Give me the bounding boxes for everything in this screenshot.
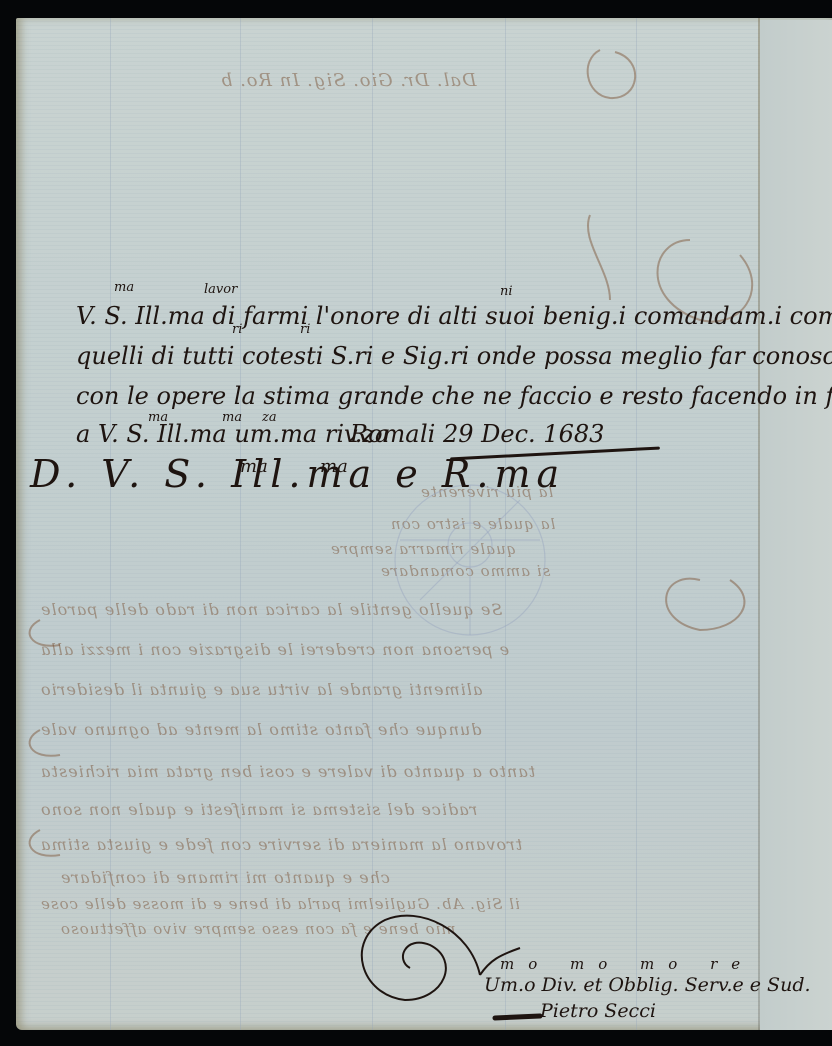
- spiral-flourish-icon: [0, 0, 832, 1046]
- closing-superscripts: mo mo mo re: [500, 955, 754, 973]
- signature: Pietro Secci: [540, 1000, 656, 1022]
- closing-text: Um.o Div. et Obblig. Serv.e e Sud.: [484, 974, 811, 996]
- signature-swash: [495, 1016, 540, 1018]
